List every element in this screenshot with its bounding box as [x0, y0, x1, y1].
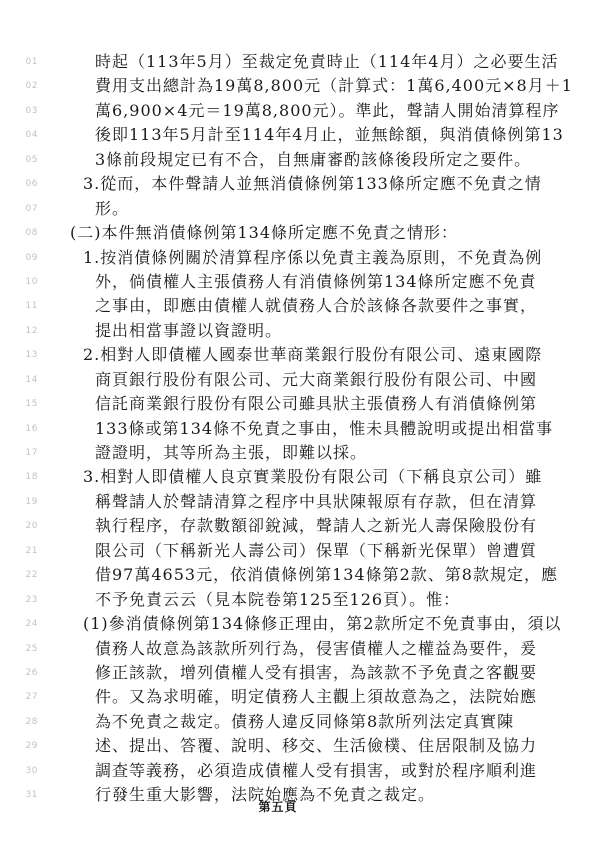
line-number: 11	[22, 294, 38, 318]
text-line: 16 133條或第134條不免責之事由，惟未具體說明或提出相當事	[0, 417, 595, 441]
text-line: 05 3條前段規定已有不合，自無庸審酌該條後段所定之要件。	[0, 148, 595, 172]
line-text: 為不免責之裁定。債務人違反同條第8款所列法定真實陳	[95, 710, 595, 734]
line-number: 13	[22, 343, 38, 367]
text-line: 14 商頁銀行股份有限公司、元大商業銀行股份有限公司、中國	[0, 368, 595, 392]
line-number: 16	[22, 417, 38, 441]
text-line: 30 調查等義務，必須造成債權人受有損害，或對於程序順利進	[0, 759, 595, 783]
page-footer: 第五頁	[0, 800, 556, 815]
line-text: 萬6,900×4元＝19萬8,800元）。準此，聲請人開始清算程序	[95, 99, 595, 123]
document-body: 01 時起（113年5月）至裁定免責時止（114年4月）之必要生活 02 費用支…	[0, 50, 595, 808]
text-line: 03 萬6,900×4元＝19萬8,800元）。準此，聲請人開始清算程序	[0, 99, 595, 123]
line-number: 07	[22, 197, 38, 221]
line-text: 提出相當事證以資證明。	[95, 319, 595, 343]
line-number: 19	[22, 490, 38, 514]
page-number: 第五頁	[258, 800, 297, 814]
line-number: 26	[22, 661, 38, 685]
line-number: 20	[22, 514, 38, 538]
text-line: 25 債務人故意為該款所列行為，侵害債權人之權益為要件，爰	[0, 637, 595, 661]
line-text: 證證明，其等所為主張，即難以採。	[95, 441, 595, 465]
text-line: 09 1.按消債條例關於清算程序係以免責主義為原則，不免責為例	[0, 246, 595, 270]
line-text: 述、提出、答覆、說明、移交、生活儉樸、住居限制及協力	[95, 734, 595, 758]
line-text: 限公司（下稱新光人壽公司）保單（下稱新光保單）曾遭質	[95, 539, 595, 563]
text-line: 07 形。	[0, 197, 595, 221]
line-text: 之事由，即應由債權人就債務人合於該條各款要件之事實，	[95, 294, 595, 318]
line-text: (二)本件無消債條例第134條所定應不免責之情形：	[70, 221, 595, 245]
text-line: 21 限公司（下稱新光人壽公司）保單（下稱新光保單）曾遭質	[0, 539, 595, 563]
line-number: 08	[22, 221, 38, 245]
text-line: 24 (1)參消債條例第134條修正理由，第2款所定不免責事由，須以	[0, 612, 595, 636]
line-number: 18	[22, 465, 38, 489]
line-number: 29	[22, 734, 38, 758]
text-line: 10 外，倘債權人主張債務人有消債條例第134條所定應不免責	[0, 270, 595, 294]
line-number: 01	[22, 50, 38, 74]
line-text: 3.相對人即債權人良京實業股份有限公司（下稱良京公司）雖	[83, 465, 595, 489]
line-number: 04	[22, 123, 38, 147]
text-line: 23 不予免責云云（見本院卷第125至126頁）。惟：	[0, 588, 595, 612]
line-number: 28	[22, 710, 38, 734]
text-line: 04 後即113年5月計至114年4月止，並無餘額，與消債條例第13	[0, 123, 595, 147]
line-number: 25	[22, 637, 38, 661]
line-text: 債務人故意為該款所列行為，侵害債權人之權益為要件，爰	[95, 637, 595, 661]
line-number: 06	[22, 172, 38, 196]
document-page: 01 時起（113年5月）至裁定免責時止（114年4月）之必要生活 02 費用支…	[0, 0, 595, 842]
line-text: 不予免責云云（見本院卷第125至126頁）。惟：	[95, 588, 595, 612]
text-line: 18 3.相對人即債權人良京實業股份有限公司（下稱良京公司）雖	[0, 465, 595, 489]
line-number: 10	[22, 270, 38, 294]
line-number: 21	[22, 539, 38, 563]
line-text: 後即113年5月計至114年4月止，並無餘額，與消債條例第13	[95, 123, 595, 147]
line-text: 1.按消債條例關於清算程序係以免責主義為原則，不免責為例	[83, 246, 595, 270]
line-text: 3條前段規定已有不合，自無庸審酌該條後段所定之要件。	[95, 148, 595, 172]
line-number: 24	[22, 612, 38, 636]
line-number: 02	[22, 74, 38, 98]
text-line: 17 證證明，其等所為主張，即難以採。	[0, 441, 595, 465]
text-line: 26 修正該款，增列債權人受有損害，為該款不予免責之客觀要	[0, 661, 595, 685]
line-text: 信託商業銀行股份有限公司雖具狀主張債務人有消債條例第	[95, 392, 595, 416]
line-text: 借97萬4653元，依消債條例第134條第2款、第8款規定，應	[95, 563, 595, 587]
line-text: 修正該款，增列債權人受有損害，為該款不予免責之客觀要	[95, 661, 595, 685]
line-number: 30	[22, 759, 38, 783]
line-number: 12	[22, 319, 38, 343]
line-number: 17	[22, 441, 38, 465]
line-number: 22	[22, 563, 38, 587]
line-text: 2.相對人即債權人國泰世華商業銀行股份有限公司、遠東國際	[83, 343, 595, 367]
text-line: 28 為不免責之裁定。債務人違反同條第8款所列法定真實陳	[0, 710, 595, 734]
line-number: 05	[22, 148, 38, 172]
line-number: 03	[22, 99, 38, 123]
text-line: 13 2.相對人即債權人國泰世華商業銀行股份有限公司、遠東國際	[0, 343, 595, 367]
line-number: 14	[22, 368, 38, 392]
text-line: 01 時起（113年5月）至裁定免責時止（114年4月）之必要生活	[0, 50, 595, 74]
line-text: 執行程序，存款數額卻銳減，聲請人之新光人壽保險股份有	[95, 514, 595, 538]
line-number: 09	[22, 246, 38, 270]
text-line: 19 稱聲請人於聲請清算之程序中具狀陳報原有存款，但在清算	[0, 490, 595, 514]
text-line: 08 (二)本件無消債條例第134條所定應不免責之情形：	[0, 221, 595, 245]
line-text: 稱聲請人於聲請清算之程序中具狀陳報原有存款，但在清算	[95, 490, 595, 514]
text-line: 15 信託商業銀行股份有限公司雖具狀主張債務人有消債條例第	[0, 392, 595, 416]
line-number: 27	[22, 685, 38, 709]
line-text: 外，倘債權人主張債務人有消債條例第134條所定應不免責	[95, 270, 595, 294]
line-text: 商頁銀行股份有限公司、元大商業銀行股份有限公司、中國	[95, 368, 595, 392]
text-line: 11 之事由，即應由債權人就債務人合於該條各款要件之事實，	[0, 294, 595, 318]
text-line: 20 執行程序，存款數額卻銳減，聲請人之新光人壽保險股份有	[0, 514, 595, 538]
line-text: 件。又為求明確，明定債務人主觀上須故意為之，法院始應	[95, 685, 595, 709]
line-text: 3.從而，本件聲請人並無消債條例第133條所定應不免責之情	[83, 172, 595, 196]
line-number: 23	[22, 588, 38, 612]
line-text: 形。	[95, 197, 595, 221]
text-line: 29 述、提出、答覆、說明、移交、生活儉樸、住居限制及協力	[0, 734, 595, 758]
line-text: (1)參消債條例第134條修正理由，第2款所定不免責事由，須以	[83, 612, 595, 636]
text-line: 06 3.從而，本件聲請人並無消債條例第133條所定應不免責之情	[0, 172, 595, 196]
text-line: 02 費用支出總計為19萬8,800元（計算式：1萬6,400元×8月＋1	[0, 74, 595, 98]
line-text: 133條或第134條不免責之事由，惟未具體說明或提出相當事	[95, 417, 595, 441]
line-number: 15	[22, 392, 38, 416]
line-text: 調查等義務，必須造成債權人受有損害，或對於程序順利進	[95, 759, 595, 783]
line-text: 費用支出總計為19萬8,800元（計算式：1萬6,400元×8月＋1	[95, 74, 595, 98]
text-line: 27 件。又為求明確，明定債務人主觀上須故意為之，法院始應	[0, 685, 595, 709]
text-line: 12 提出相當事證以資證明。	[0, 319, 595, 343]
text-line: 22 借97萬4653元，依消債條例第134條第2款、第8款規定，應	[0, 563, 595, 587]
line-text: 時起（113年5月）至裁定免責時止（114年4月）之必要生活	[95, 50, 595, 74]
